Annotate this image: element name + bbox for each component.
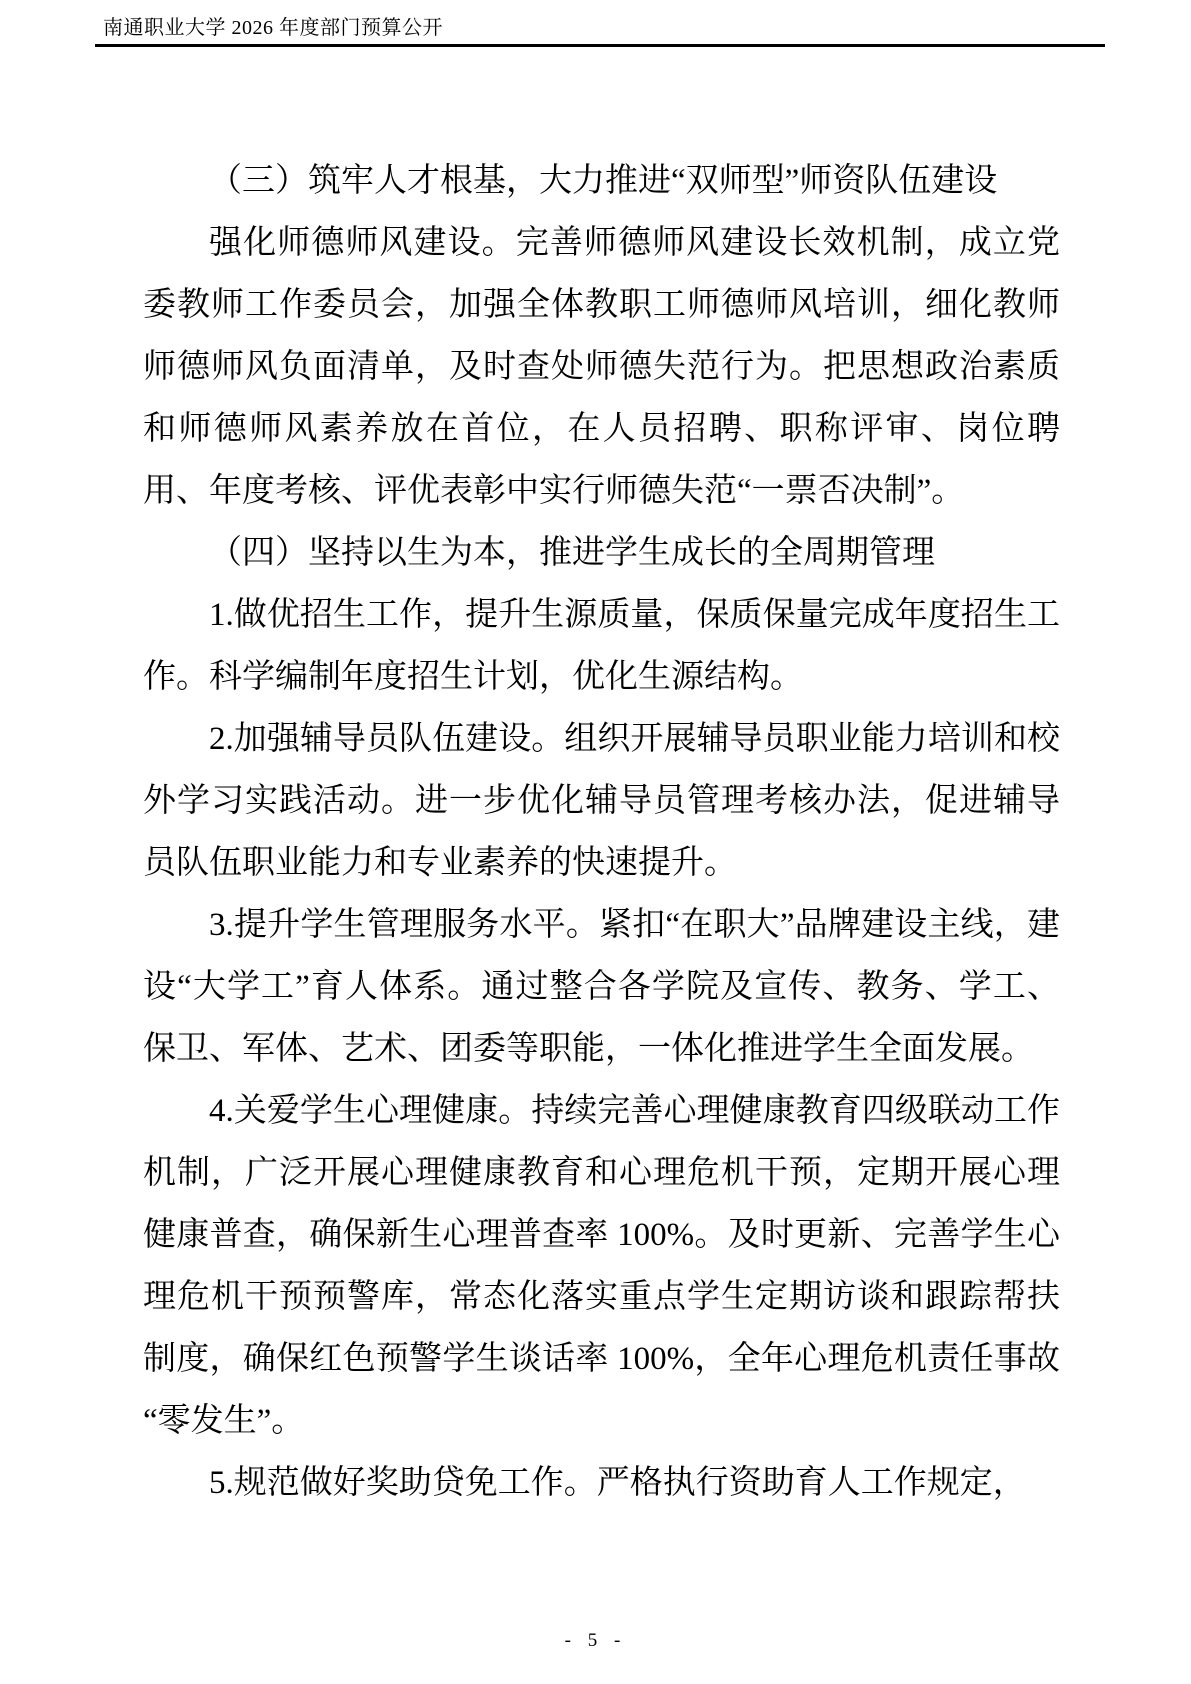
section-heading-4: （四）坚持以生为本，推进学生成长的全周期管理 [143,522,1060,584]
document-page: 南通职业大学 2026 年度部门预算公开 （三）筑牢人才根基，大力推进“双师型”… [0,0,1191,1684]
paragraph: 强化师德师风建设。完善师德师风建设长效机制，成立党委教师工作委员会，加强全体教职… [143,212,1060,522]
document-body: （三）筑牢人才根基，大力推进“双师型”师资队伍建设 强化师德师风建设。完善师德师… [143,150,1060,1514]
section-heading-3: （三）筑牢人才根基，大力推进“双师型”师资队伍建设 [143,150,1060,212]
paragraph: 5.规范做好奖助贷免工作。严格执行资助育人工作规定， [143,1452,1060,1514]
header-title: 南通职业大学 2026 年度部门预算公开 [103,17,443,39]
paragraph: 1.做优招生工作，提升生源质量，保质保量完成年度招生工作。科学编制年度招生计划，… [143,584,1060,708]
paragraph: 3.提升学生管理服务水平。紧扣“在职大”品牌建设主线，建设“大学工”育人体系。通… [143,894,1060,1080]
page-footer: - 5 - [0,1630,1191,1652]
paragraph: 2.加强辅导员队伍建设。组织开展辅导员职业能力培训和校外学习实践活动。进一步优化… [143,708,1060,894]
page-header: 南通职业大学 2026 年度部门预算公开 [95,0,1105,46]
paragraph: 4.关爱学生心理健康。持续完善心理健康教育四级联动工作机制，广泛开展心理健康教育… [143,1080,1060,1452]
page-number: - 5 - [565,1630,627,1651]
header-divider [95,44,1105,47]
